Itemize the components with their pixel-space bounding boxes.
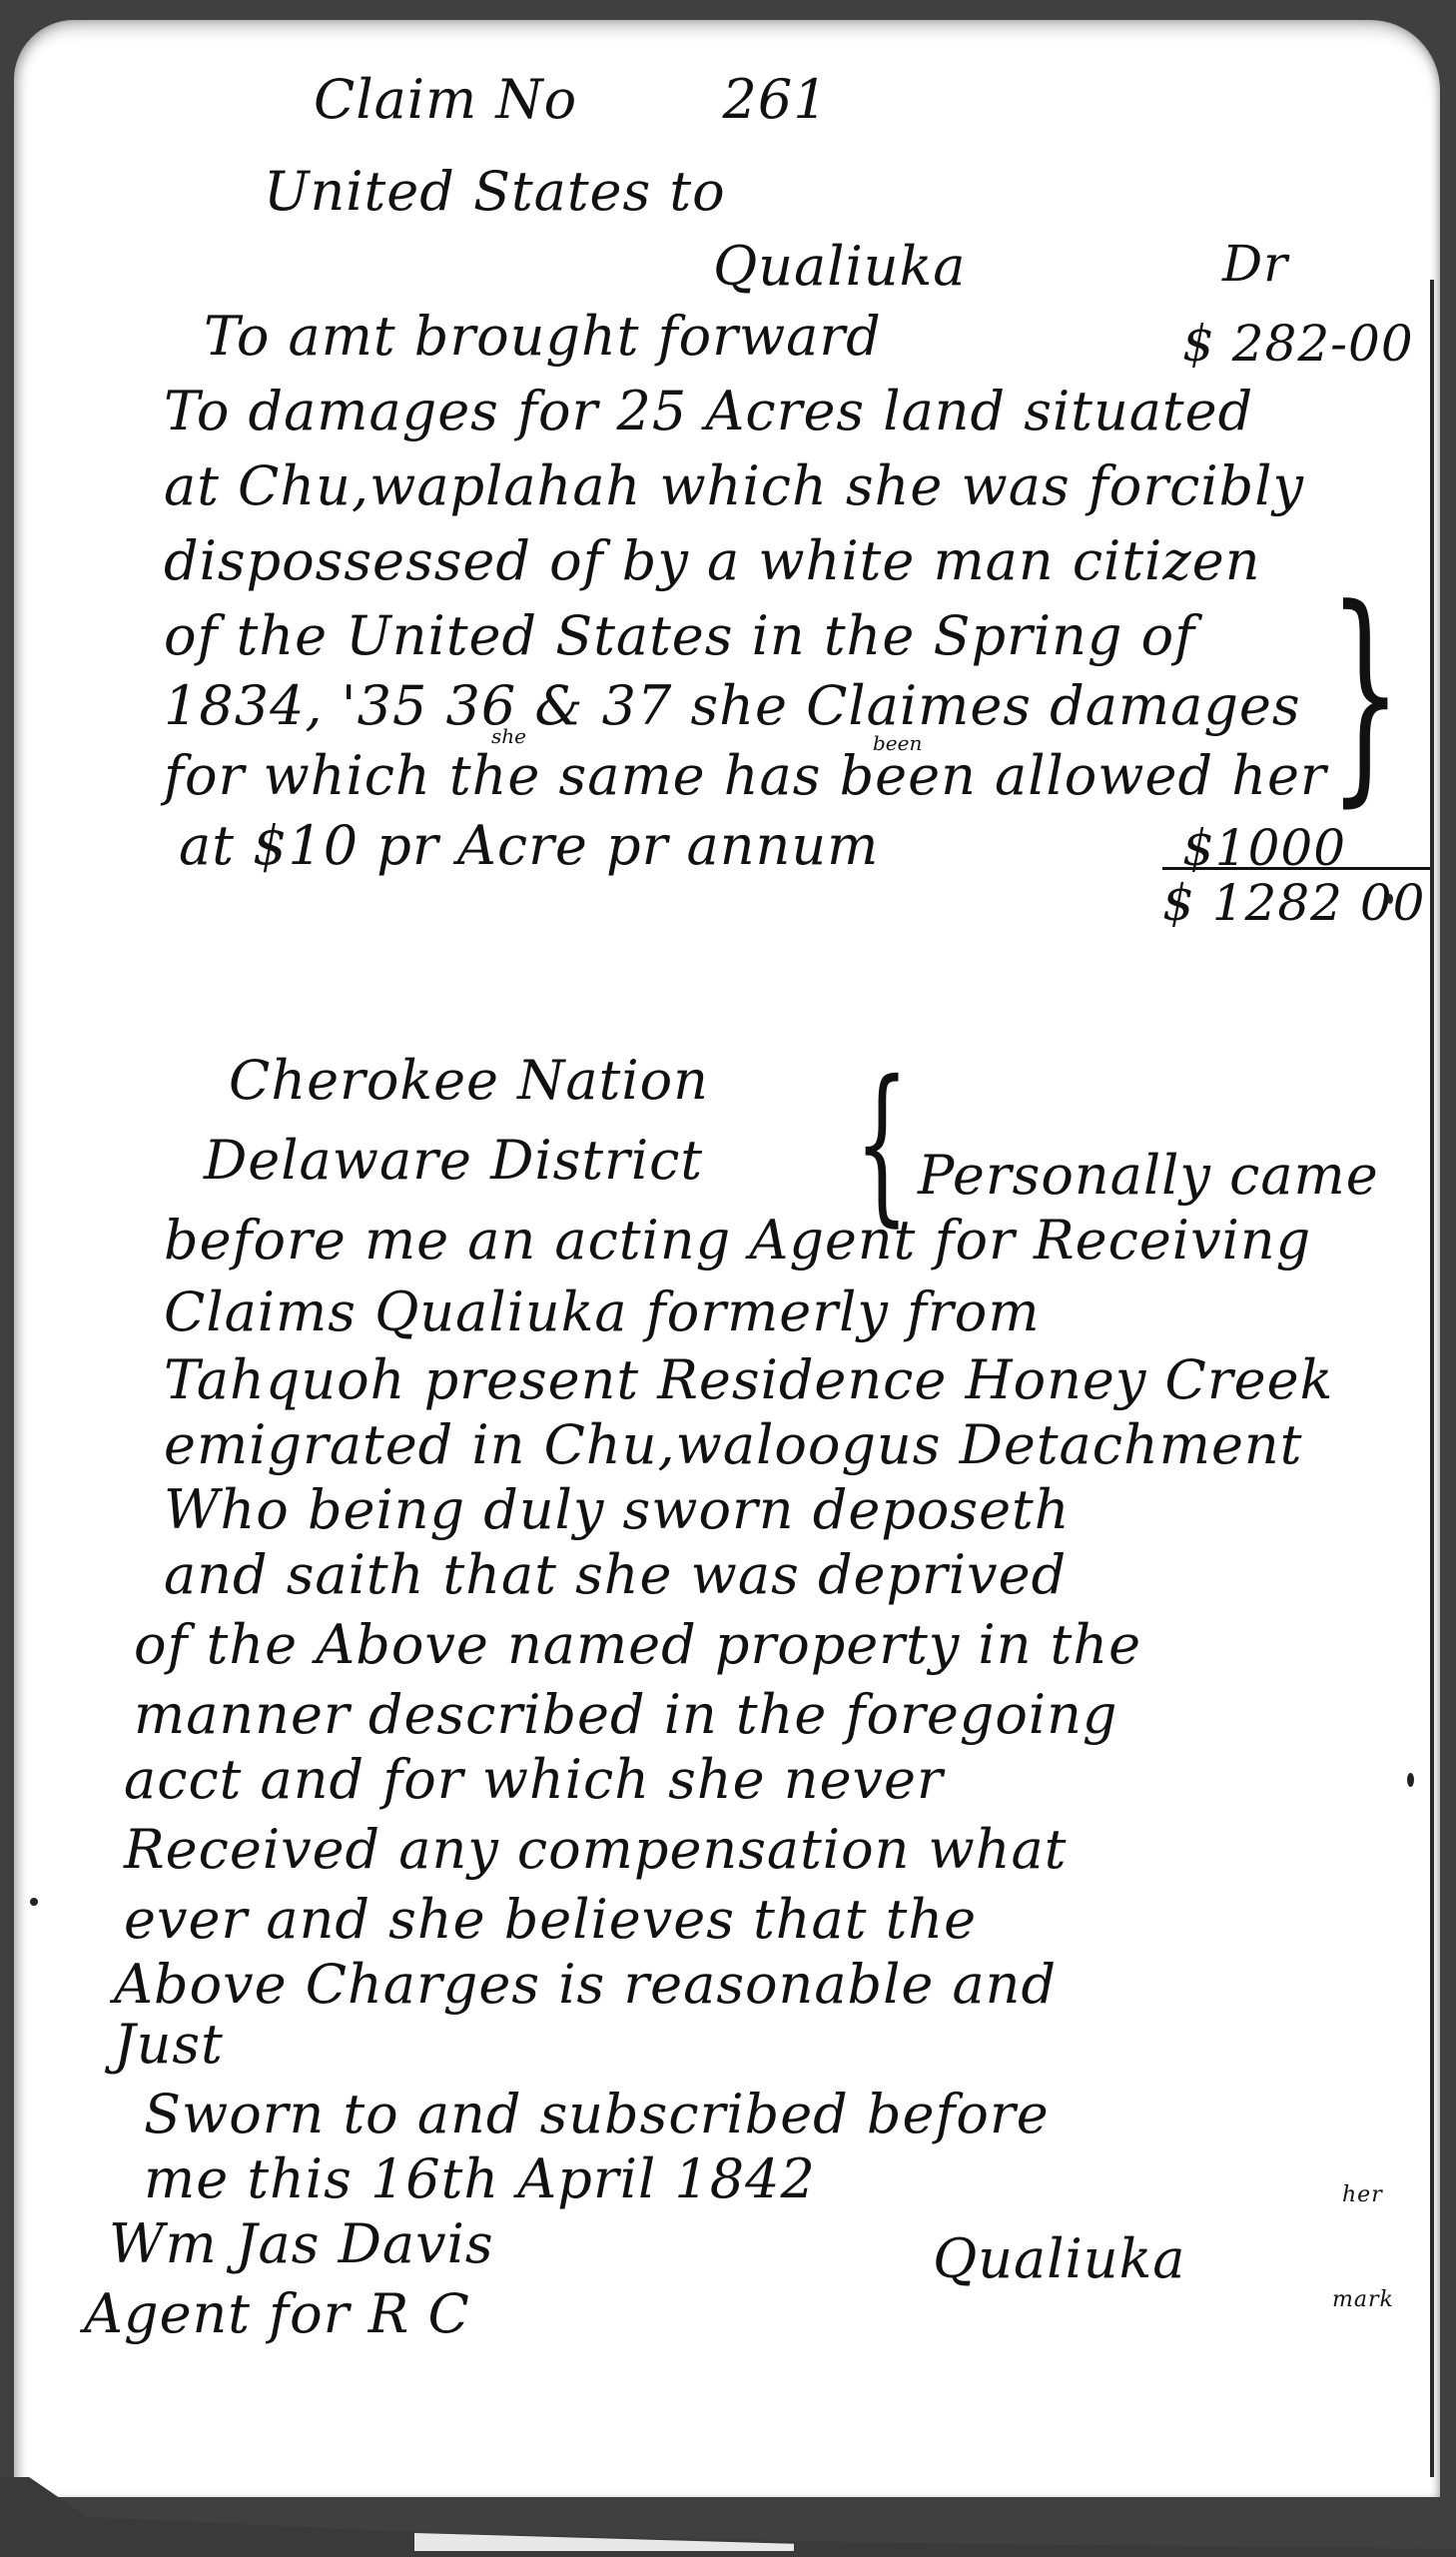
affidavit-line-8: of the Above named property in the [134, 1613, 1141, 1676]
debit-label: Dr [1222, 235, 1288, 293]
affidavit-line-4: Tahquoh present Residence Honey Creek [164, 1348, 1333, 1411]
signer-name: Qualiuka [933, 2227, 1185, 2290]
claim-line-2: To damages for 25 Acres land situated [164, 380, 1253, 442]
venue-nation: Cherokee Nation [229, 1049, 709, 1112]
jurat-line-2: me this 16th April 1842 [144, 2147, 816, 2210]
affidavit-line-1: Personally came [918, 1144, 1379, 1207]
affidavit-line-12: ever and she believes that the [124, 1888, 977, 1951]
affidavit-line-13: Above Charges is reasonable and [114, 1953, 1057, 2016]
affidavit-line-9: manner described in the foregoing [134, 1683, 1118, 1746]
affidavit-line-11: Received any compensation what [124, 1818, 1067, 1881]
affidavit-line-2: before me an acting Agent for Receiving [164, 1209, 1311, 1272]
claimant-name: Qualiuka [713, 235, 966, 298]
scan-speck [30, 1898, 38, 1906]
heading-line2: United States to [264, 160, 726, 223]
affidavit-line-14: Just [114, 2013, 224, 2076]
her-label: her [1342, 2182, 1383, 2207]
claim-line-4: dispossessed of by a white man citizen [164, 529, 1261, 592]
affidavit-line-3: Claims Qualiuka formerly from [164, 1280, 1041, 1343]
claim-line-3: at Chu,waplahah which she was forcibly [164, 454, 1304, 517]
claim-number: 261 [723, 68, 829, 131]
mark-label: mark [1332, 2287, 1394, 2312]
official-name: Wm Jas Davis [109, 2212, 494, 2275]
affidavit-line-6: Who being duly sworn deposeth [164, 1478, 1071, 1541]
claim-line-6: 1834, '35 36 & 37 she Claimes damages [164, 674, 1301, 737]
document-page: Claim No 261 United States to Qualiuka D… [14, 20, 1440, 2497]
sum-rule [1162, 867, 1432, 870]
claim-line-1: To amt brought forward [204, 305, 882, 368]
claim-title-text: Claim No [314, 68, 577, 131]
claim-line-8: at $10 pr Acre pr annum [179, 814, 879, 877]
scan-speck [1387, 894, 1393, 904]
affidavit-line-10: acct and for which she never [124, 1748, 944, 1811]
venue-brace: { [855, 1059, 909, 1229]
claim-line-5: of the United States in the Spring of [164, 604, 1195, 667]
venue-district: Delaware District [204, 1129, 703, 1192]
scan-speck [1407, 1773, 1414, 1787]
claim-brace: } [1329, 579, 1402, 809]
official-title: Agent for R C [84, 2282, 470, 2345]
claim-title: Claim No 261 [314, 68, 829, 131]
jurat-line-1: Sworn to and subscribed before [144, 2083, 1050, 2145]
affidavit-line-7: and saith that she was deprived [164, 1543, 1067, 1606]
claim-line-7: for which the same has been allowed her [164, 744, 1327, 807]
affidavit-line-5: emigrated in Chu,waloogus Detachment [164, 1413, 1302, 1476]
amount-total: $ 1282 00 [1162, 874, 1425, 932]
scanned-document: Claim No 261 United States to Qualiuka D… [0, 0, 1456, 2557]
amount-forward: $ 282-00 [1182, 315, 1414, 373]
